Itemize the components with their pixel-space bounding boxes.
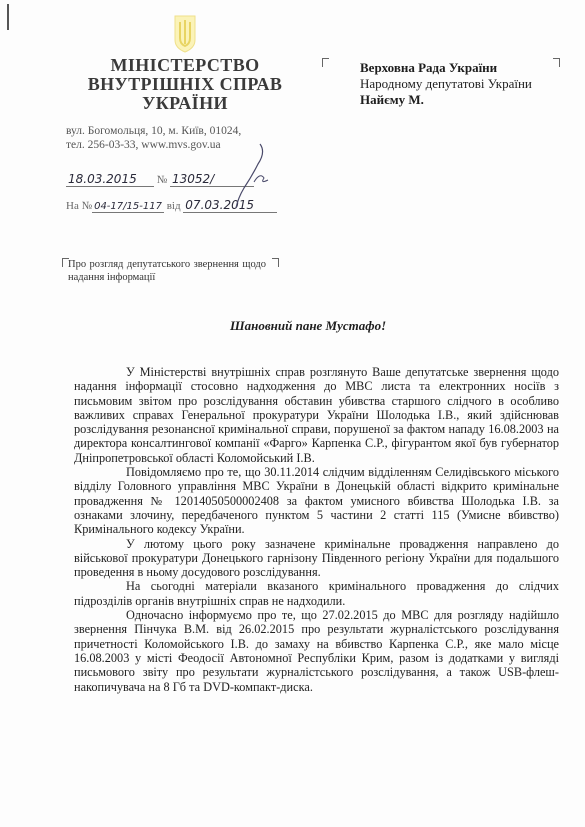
ref-label: На №: [66, 200, 92, 212]
ministry-address: вул. Богомольця, 10, м. Київ, 01024, тел…: [66, 124, 241, 152]
scan-edge-mark: [7, 4, 9, 30]
recipient-name: Найєму М.: [360, 92, 532, 108]
outgoing-date: 18.03.2015: [66, 172, 154, 187]
subject-bracket-right: [272, 258, 279, 267]
signature-mark: [230, 142, 270, 212]
recipient-block: Верховна Рада України Народному депутато…: [360, 60, 532, 108]
outgoing-registration: 18.03.2015 № 13052/: [66, 172, 254, 187]
body-paragraph: У лютому цього року зазначене кримінальн…: [74, 537, 559, 580]
ref-from-label: від: [167, 200, 181, 212]
address-line-1: вул. Богомольця, 10, м. Київ, 01024,: [66, 124, 241, 138]
number-label: №: [157, 174, 168, 186]
letter-body: У Міністерстві внутрішніх справ розгляну…: [74, 365, 559, 694]
body-paragraph: Одночасно інформуємо про те, що 27.02.20…: [74, 608, 559, 694]
letter-page: МІНІСТЕРСТВО ВНУТРІШНІХ СПРАВ УКРАЇНИ ву…: [0, 0, 585, 827]
body-paragraph: Повідомляємо про те, що 30.11.2014 слідч…: [74, 465, 559, 536]
trident-coat-of-arms-icon: [172, 14, 198, 54]
body-paragraph: У Міністерстві внутрішніх справ розгляну…: [74, 365, 559, 465]
ministry-line-3: УКРАЇНИ: [60, 94, 310, 113]
salutation: Шановний пане Мустафо!: [230, 318, 386, 334]
letter-subject: Про розгляд депутатського звернення щодо…: [68, 258, 266, 284]
ministry-line-1: МІНІСТЕРСТВО: [60, 56, 310, 75]
address-line-2: тел. 256-03-33, www.mvs.gov.ua: [66, 138, 241, 152]
ministry-line-2: ВНУТРІШНІХ СПРАВ: [60, 75, 310, 94]
recipient-title: Народному депутатові України: [360, 76, 532, 92]
body-paragraph: На сьогодні матеріали вказаного кримінал…: [74, 579, 559, 608]
recipient-bracket-left: [322, 58, 329, 67]
ministry-name: МІНІСТЕРСТВО ВНУТРІШНІХ СПРАВ УКРАЇНИ: [60, 56, 310, 113]
recipient-institution: Верховна Рада України: [360, 60, 532, 76]
recipient-bracket-right: [553, 58, 560, 67]
ref-number: 04-17/15-117: [92, 201, 164, 213]
